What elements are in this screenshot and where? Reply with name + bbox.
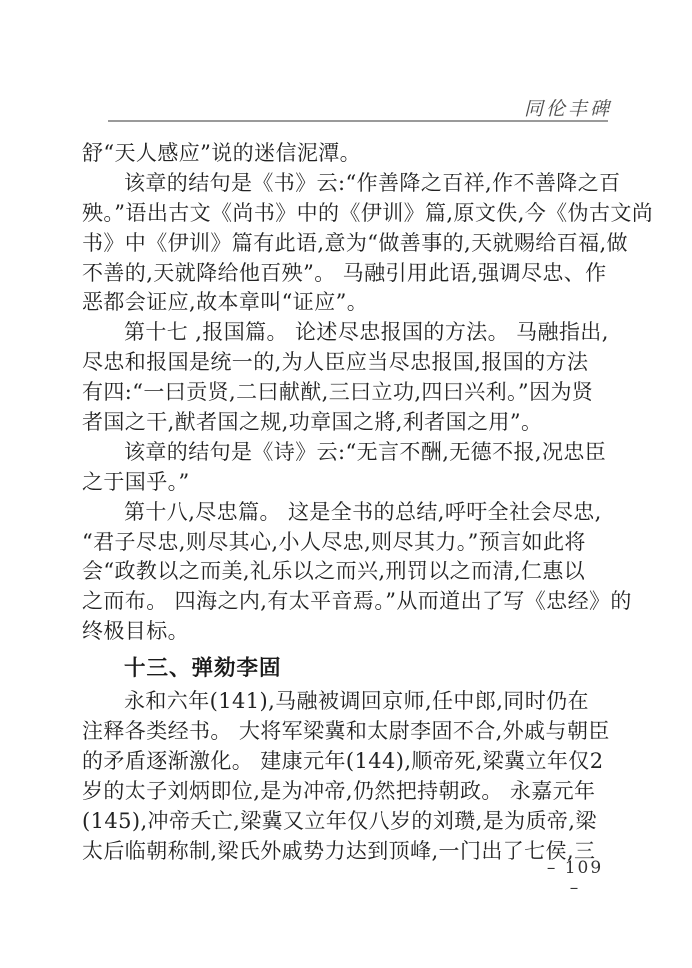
- text-line: 有四:“一曰贡贤,二曰献猷,三曰立功,四曰兴利。”因为贤: [82, 378, 612, 408]
- text-line: “君子尽忠,则尽其心,小人尽忠,则尽其力。”预言如此将: [82, 528, 612, 558]
- text-line: 该章的结句是《诗》云:“无言不酬,无德不报,况忠臣: [82, 438, 612, 468]
- text-line: 永和六年(141),马融被调回京师,任中郎,同时仍在: [82, 687, 612, 717]
- text-line: 之于国乎。”: [82, 468, 612, 498]
- header-rule: [108, 120, 608, 122]
- text-line: 者国之干,猷者国之规,功章国之將,利者国之用”。: [82, 408, 612, 438]
- text-line: 尽忠和报国是统一的,为人臣应当尽忠报国,报国的方法: [82, 348, 612, 378]
- text-line: 第十八,尽忠篇。 这是全书的总结,呼吁全社会尽忠,: [82, 498, 612, 528]
- text-line: 该章的结句是《书》云:“作善降之百祥,作不善降之百: [82, 169, 612, 199]
- text-line: 会“政教以之而美,礼乐以之而兴,刑罚以之而清,仁惠以: [82, 557, 612, 587]
- text-line: 书》中《伊训》篇有此语,意为“做善事的,天就赐给百福,做: [82, 229, 612, 259]
- section-heading: 十三、弹劾李固: [82, 653, 612, 683]
- running-head: 同伦丰碑: [82, 94, 612, 121]
- text-line: 的矛盾逐渐激化。 建康元年(144),顺帝死,梁冀立年仅2: [82, 747, 612, 777]
- text-line: 恶都会证应,故本章叫“证应”。: [82, 288, 612, 318]
- text-line: (145),冲帝夭亡,梁冀又立年仅八岁的刘瓒,是为质帝,梁: [82, 807, 612, 837]
- text-line: 终极目标。: [82, 617, 612, 647]
- text-block: 舒“天人感应”说的迷信泥潭。该章的结句是《书》云:“作善降之百祥,作不善降之百殃…: [82, 139, 612, 866]
- text-line: 之而布。 四海之内,有太平音焉。”从而道出了写《忠经》的: [82, 587, 612, 617]
- text-line: 太后临朝称制,梁氏外戚势力达到顶峰,一门出了七侯,三: [82, 837, 612, 867]
- text-line: 殃。”语出古文《尚书》中的《伊训》篇,原文佚,今《伪古文尚: [82, 199, 612, 229]
- book-page: 同伦丰碑 舒“天人感应”说的迷信泥潭。该章的结句是《书》云:“作善降之百祥,作不…: [0, 0, 692, 968]
- text-line: 不善的,天就降给他百殃”。 马融引用此语,强调尽忠、作: [82, 259, 612, 289]
- text-line: 注释各类经书。 大将军梁冀和太尉李固不合,外戚与朝臣: [82, 717, 612, 747]
- text-line: 岁的太子刘炳即位,是为冲帝,仍然把持朝政。 永嘉元年: [82, 777, 612, 807]
- text-line: 第十七 ,报国篇。 论述尽忠报国的方法。 马融指出,: [82, 318, 612, 348]
- text-line: 舒“天人感应”说的迷信泥潭。: [82, 139, 612, 169]
- page-number: – 109 –: [540, 858, 610, 898]
